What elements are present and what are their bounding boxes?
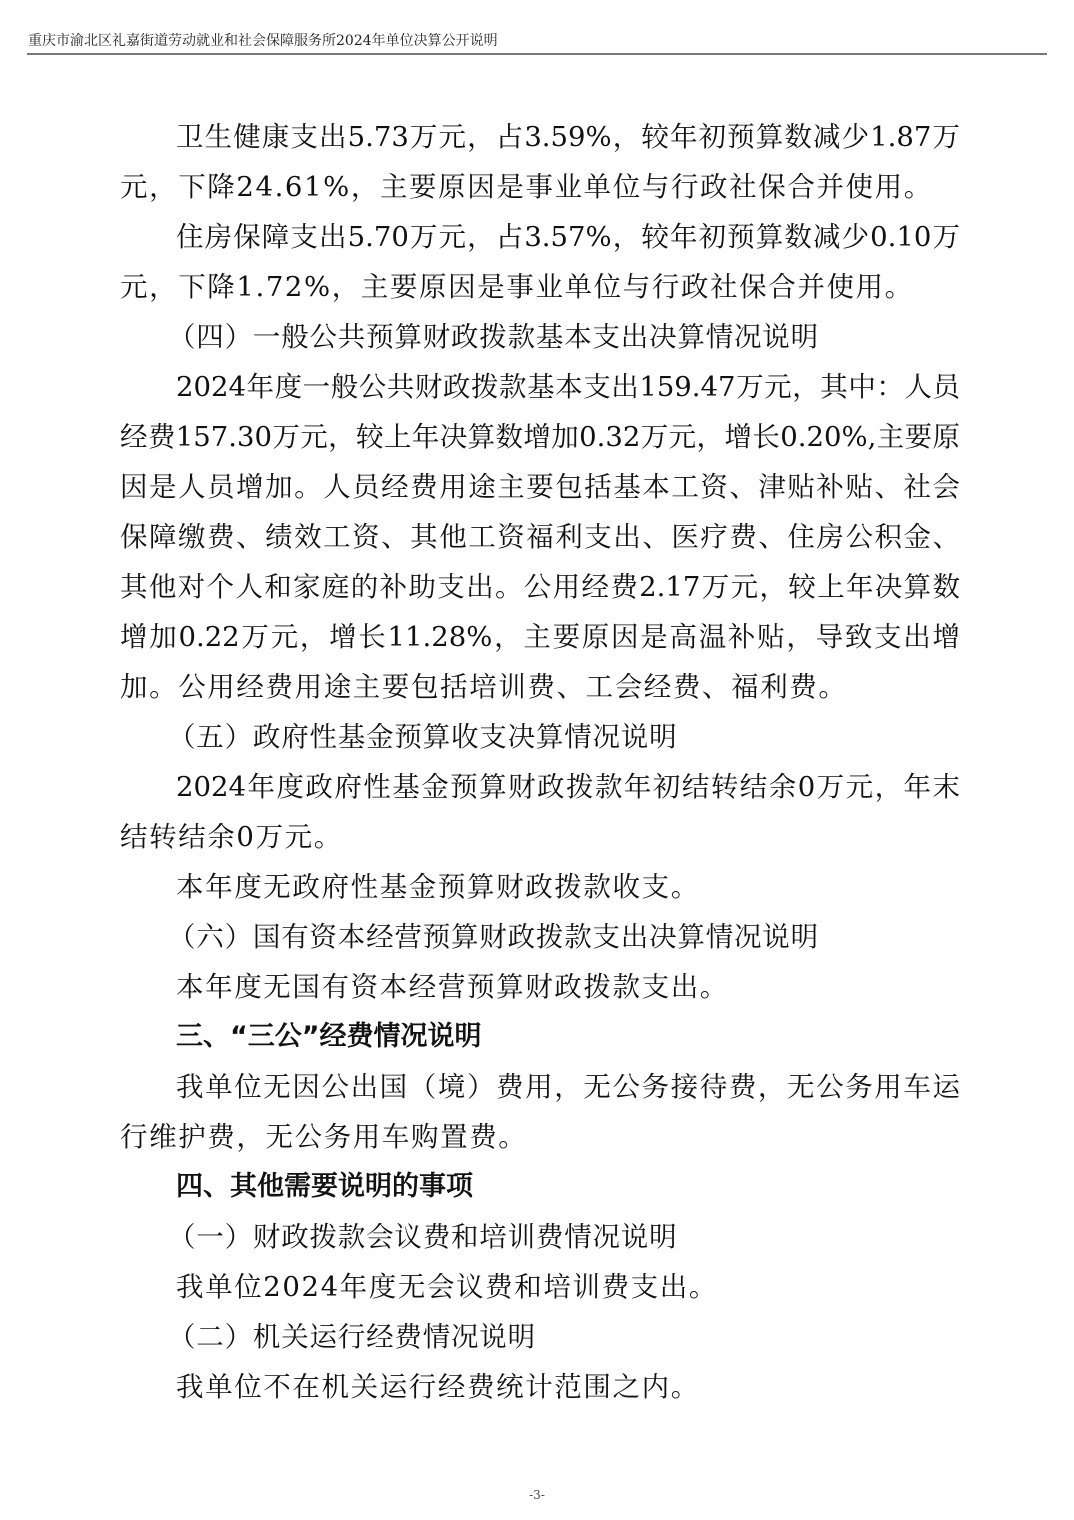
section-heading: （五）政府性基金预算收支决算情况说明	[120, 712, 960, 762]
body-line: 元，下降24.61%，主要原因是事业单位与行政社保合并使用。	[120, 162, 960, 212]
section-heading: （二）机关运行经费情况说明	[120, 1312, 960, 1362]
body-line: 加。公用经费用途主要包括培训费、工会经费、福利费。	[120, 662, 960, 712]
body-line: 卫生健康支出5.73万元，占3.59%，较年初预算数减少1.87万	[120, 112, 960, 162]
body-line: 本年度无国有资本经营预算财政拨款支出。	[120, 962, 960, 1012]
document-header: 重庆市渝北区礼嘉街道劳动就业和社会保障服务所2024年单位决算公开说明	[28, 30, 498, 50]
body-line: 其他对个人和家庭的补助支出。公用经费2.17万元，较上年决算数	[120, 562, 960, 612]
body-line: 我单位无因公出国（境）费用，无公务接待费，无公务用车运	[120, 1062, 960, 1112]
body-line: 因是人员增加。人员经费用途主要包括基本工资、津贴补贴、社会	[120, 462, 960, 512]
section-heading: （一）财政拨款会议费和培训费情况说明	[120, 1212, 960, 1262]
body-line: 2024年度政府性基金预算财政拨款年初结转结余0万元，年末	[120, 762, 960, 812]
body-line: 行维护费，无公务用车购置费。	[120, 1112, 960, 1162]
body-line: 我单位2024年度无会议费和培训费支出。	[120, 1262, 960, 1312]
section-heading: （六）国有资本经营预算财政拨款支出决算情况说明	[120, 912, 960, 962]
document-body: 卫生健康支出5.73万元，占3.59%，较年初预算数减少1.87万 元，下降24…	[120, 112, 960, 1412]
body-line: 结转结余0万元。	[120, 812, 960, 862]
body-line: 保障缴费、绩效工资、其他工资福利支出、医疗费、住房公积金、	[120, 512, 960, 562]
body-line: 经费157.30万元，较上年决算数增加0.32万元，增长0.20%,主要原	[120, 412, 960, 462]
section-heading: （四）一般公共预算财政拨款基本支出决算情况说明	[120, 312, 960, 362]
chapter-heading: 三、“三公”经费情况说明	[120, 1012, 960, 1062]
chapter-heading: 四、其他需要说明的事项	[120, 1162, 960, 1212]
body-line: 本年度无政府性基金预算财政拨款收支。	[120, 862, 960, 912]
body-line: 元，下降1.72%，主要原因是事业单位与行政社保合并使用。	[120, 262, 960, 312]
body-line: 我单位不在机关运行经费统计范围之内。	[120, 1362, 960, 1412]
header-rule	[27, 53, 1047, 55]
body-line: 增加0.22万元，增长11.28%，主要原因是高温补贴，导致支出增	[120, 612, 960, 662]
body-line: 住房保障支出5.70万元，占3.57%，较年初预算数减少0.10万	[120, 212, 960, 262]
page-number: -3-	[0, 1488, 1074, 1502]
body-line: 2024年度一般公共财政拨款基本支出159.47万元，其中：人员	[120, 362, 960, 412]
